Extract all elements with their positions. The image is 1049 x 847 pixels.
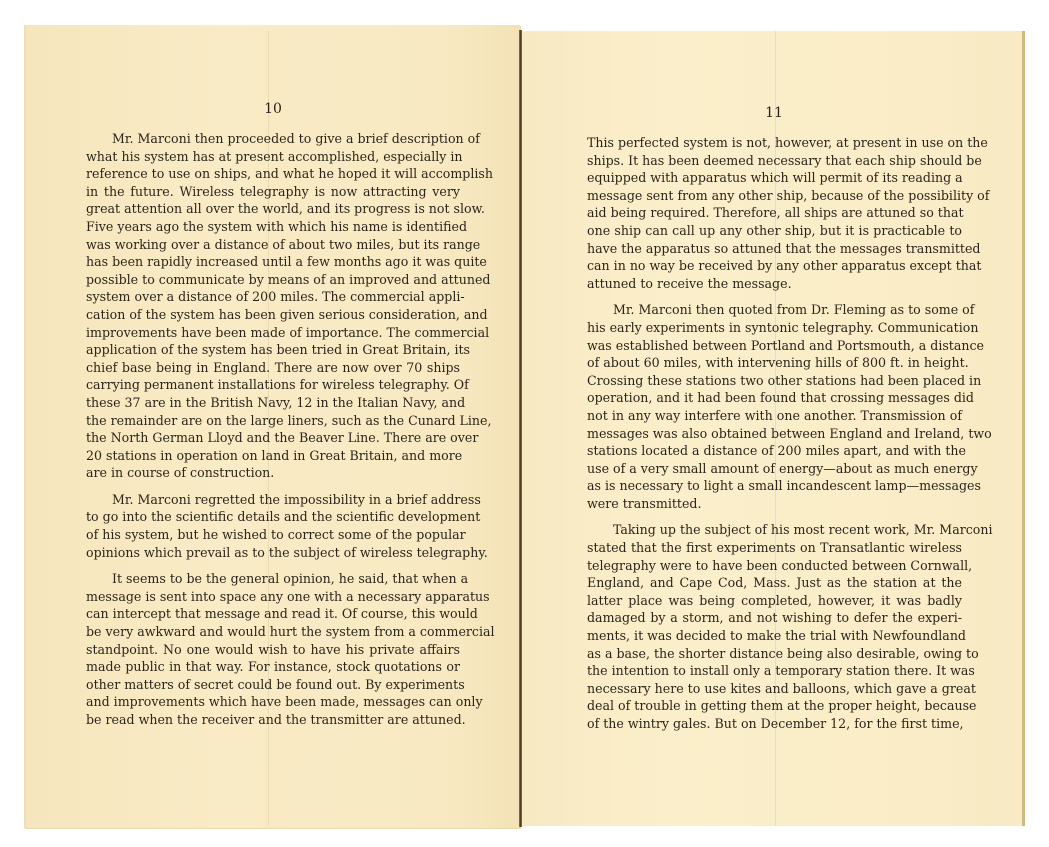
right-page-body: This perfected system is not, however, a… [587,134,962,733]
text-line: message is sent into space any one with … [86,588,460,606]
paragraph: Mr. Marconi then proceeded to give a bri… [86,130,460,482]
text-line: are in course of construction. [86,464,460,482]
text-line: Taking up the subject of his most recent… [587,521,962,539]
paragraph: Mr. Marconi regretted the impossibility … [86,491,460,561]
left-page-number: 10 [253,101,293,117]
text-line: carrying permanent installations for wir… [86,376,460,394]
text-line: attuned to receive the message. [587,275,962,293]
text-line: Mr. Marconi then quoted from Dr. Fleming… [587,301,962,319]
text-line: messages was also obtained between Engla… [587,425,962,443]
text-line: great attention all over the world, and … [86,200,460,218]
text-line: made public in that way. For instance, s… [86,658,460,676]
text-line: use of a very small amount of energy—abo… [587,460,962,478]
right-page-number: 11 [754,105,794,121]
text-line: Crossing these stations two other statio… [587,372,962,390]
text-line: stated that the first experiments on Tra… [587,539,962,557]
text-line: Mr. Marconi regretted the impossibility … [86,491,460,509]
text-line: possible to communicate by means of an i… [86,271,460,289]
text-line: operation, and it had been found that cr… [587,389,962,407]
text-line: stations located a distance of 200 miles… [587,442,962,460]
text-line: England, and Cape Cod, Mass. Just as the… [587,574,962,592]
text-line: to go into the scientific details and th… [86,508,460,526]
text-line: was established between Portland and Por… [587,337,962,355]
text-line: one ship can call up any other ship, but… [587,222,962,240]
text-line: standpoint. No one would wish to have hi… [86,641,460,659]
text-line: aid being required. Therefore, all ships… [587,204,962,222]
text-line: deal of trouble in getting them at the p… [587,697,962,715]
text-line: cation of the system has been given seri… [86,306,460,324]
text-line: the remainder are on the large liners, s… [86,412,460,430]
text-line: has been rapidly increased until a few m… [86,253,460,271]
text-line: were transmitted. [587,495,962,513]
text-line: ships. It has been deemed necessary that… [587,152,962,170]
text-line: of about 60 miles, with intervening hill… [587,354,962,372]
text-line: opinions which prevail as to the subject… [86,544,460,562]
text-line: the North German Lloyd and the Beaver Li… [86,429,460,447]
text-line: necessary here to use kites and balloons… [587,680,962,698]
text-line: This perfected system is not, however, a… [587,134,962,152]
text-line: latter place was being completed, howeve… [587,592,962,610]
text-line: have the apparatus so attuned that the m… [587,240,962,258]
text-line: of the wintry gales. But on December 12,… [587,715,962,733]
text-line: Mr. Marconi then proceeded to give a bri… [86,130,460,148]
text-line: and improvements which have been made, m… [86,693,460,711]
text-line: It seems to be the general opinion, he s… [86,570,460,588]
text-line: not in any way interfere with one anothe… [587,407,962,425]
text-line: these 37 are in the British Navy, 12 in … [86,394,460,412]
text-line: can intercept that message and read it. … [86,605,460,623]
text-line: damaged by a storm, and not wishing to d… [587,609,962,627]
text-line: 20 stations in operation on land in Grea… [86,447,460,465]
text-line: equipped with apparatus which will permi… [587,169,962,187]
text-line: system over a distance of 200 miles. The… [86,288,460,306]
text-line: Five years ago the system with which his… [86,218,460,236]
text-line: message sent from any other ship, becaus… [587,187,962,205]
text-line: was working over a distance of about two… [86,236,460,254]
text-line: be very awkward and would hurt the syste… [86,623,460,641]
text-line: ments, it was decided to make the trial … [587,627,962,645]
text-line: application of the system has been tried… [86,341,460,359]
text-line: telegraphy were to have been conducted b… [587,557,962,575]
text-line: of his system, but he wished to correct … [86,526,460,544]
text-line: can in no way be received by any other a… [587,257,962,275]
text-line: chief base being in England. There are n… [86,359,460,377]
text-line: his early experiments in syntonic telegr… [587,319,962,337]
book-gutter [519,30,522,827]
text-line: be read when the receiver and the transm… [86,711,460,729]
text-line: other matters of secret could be found o… [86,676,460,694]
text-line: reference to use on ships, and what he h… [86,165,460,183]
paragraph: It seems to be the general opinion, he s… [86,570,460,728]
paragraph: Taking up the subject of his most recent… [587,521,962,732]
text-line: in the future. Wireless telegraphy is no… [86,183,460,201]
text-line: as a base, the shorter distance being al… [587,645,962,663]
text-line: improvements have been made of importanc… [86,324,460,342]
paragraph: Mr. Marconi then quoted from Dr. Fleming… [587,301,962,512]
text-line: as is necessary to light a small incande… [587,477,962,495]
paragraph: This perfected system is not, however, a… [587,134,962,292]
left-page-body: Mr. Marconi then proceeded to give a bri… [86,130,460,729]
text-line: the intention to install only a temporar… [587,662,962,680]
text-line: what his system has at present accomplis… [86,148,460,166]
